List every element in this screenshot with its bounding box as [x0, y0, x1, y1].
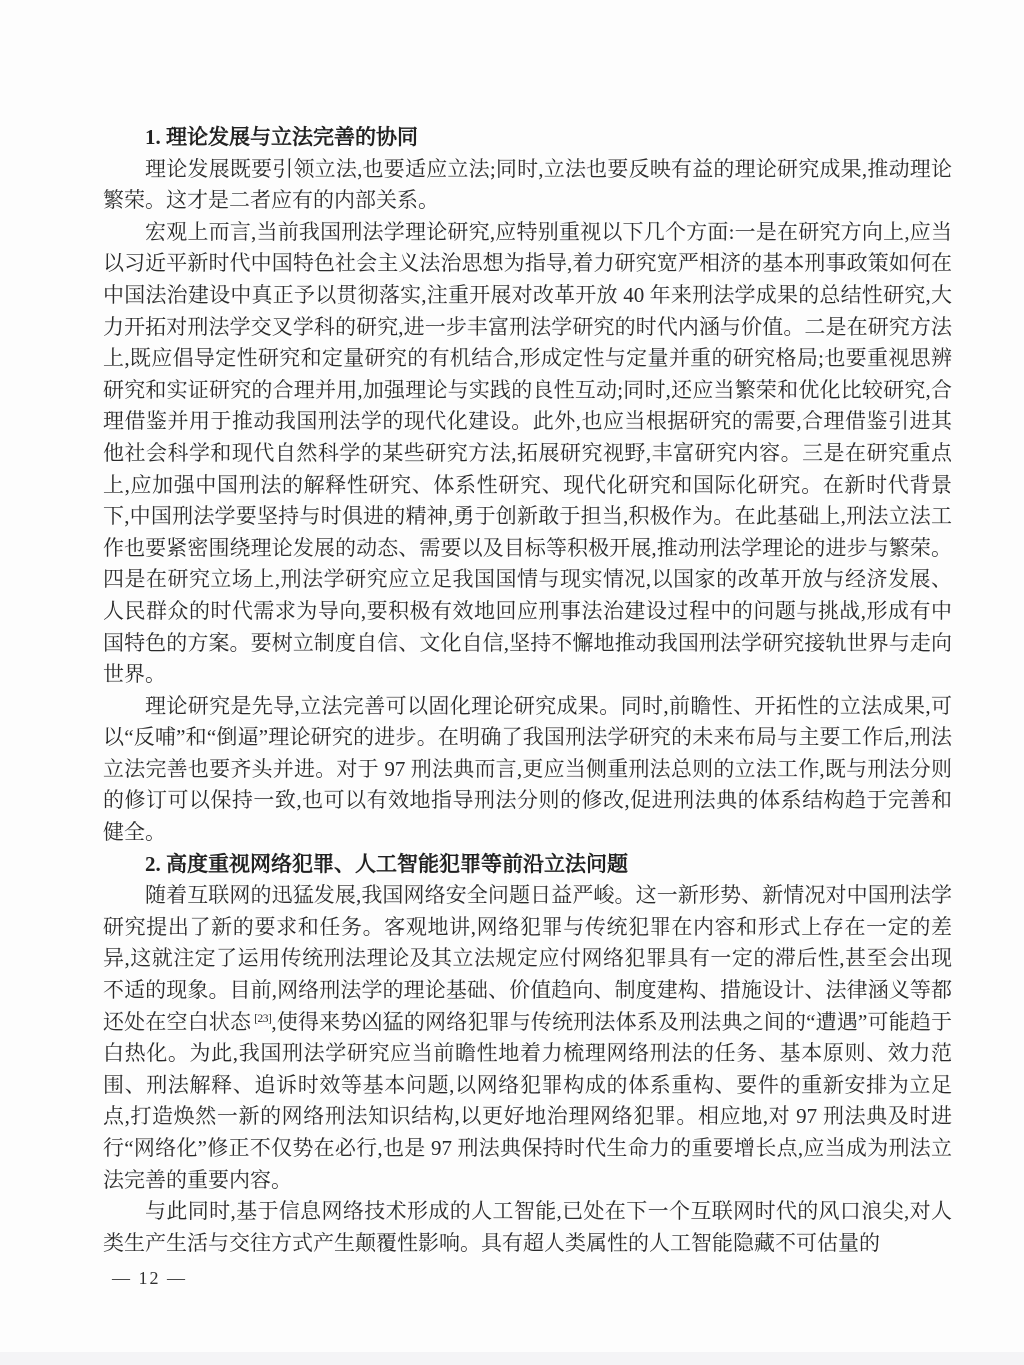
section-heading-1: 1. 理论发展与立法完善的协同 — [103, 122, 952, 154]
cybercrime-text-post: ,使得来势凶猛的网络犯罪与传统刑法体系及刑法典之间的“遭遇”可能趋于白热化。为此… — [103, 1010, 952, 1192]
bottom-edge-bar — [0, 1352, 1024, 1365]
paragraph-cybercrime: 随着互联网的迅猛发展,我国网络安全问题日益严峻。这一新形势、新情况对中国刑法学研… — [103, 880, 952, 1196]
paragraph-theory-legislation-relation: 理论发展既要引领立法,也要适应立法;同时,立法也要反映有益的理论研究成果,推动理… — [103, 154, 952, 217]
paragraph-artificial-intelligence: 与此同时,基于信息网络技术形成的人工智能,已处在下一个互联网时代的风口浪尖,对人… — [103, 1196, 952, 1259]
paragraph-macro-four-aspects: 宏观上而言,当前我国刑法学理论研究,应特别重视以下几个方面:一是在研究方向上,应… — [103, 217, 952, 691]
footnote-ref-23: [23] — [254, 1013, 271, 1025]
page-number: — 12 — — [112, 1268, 187, 1289]
article-body: 1. 理论发展与立法完善的协同 理论发展既要引领立法,也要适应立法;同时,立法也… — [103, 122, 952, 1259]
section-heading-2: 2. 高度重视网络犯罪、人工智能犯罪等前沿立法问题 — [103, 849, 952, 881]
paragraph-theory-first-97-code: 理论研究是先导,立法完善可以固化理论研究成果。同时,前瞻性、开拓性的立法成果,可… — [103, 691, 952, 849]
document-page: 1. 理论发展与立法完善的协同 理论发展既要引领立法,也要适应立法;同时,立法也… — [0, 0, 1024, 1365]
